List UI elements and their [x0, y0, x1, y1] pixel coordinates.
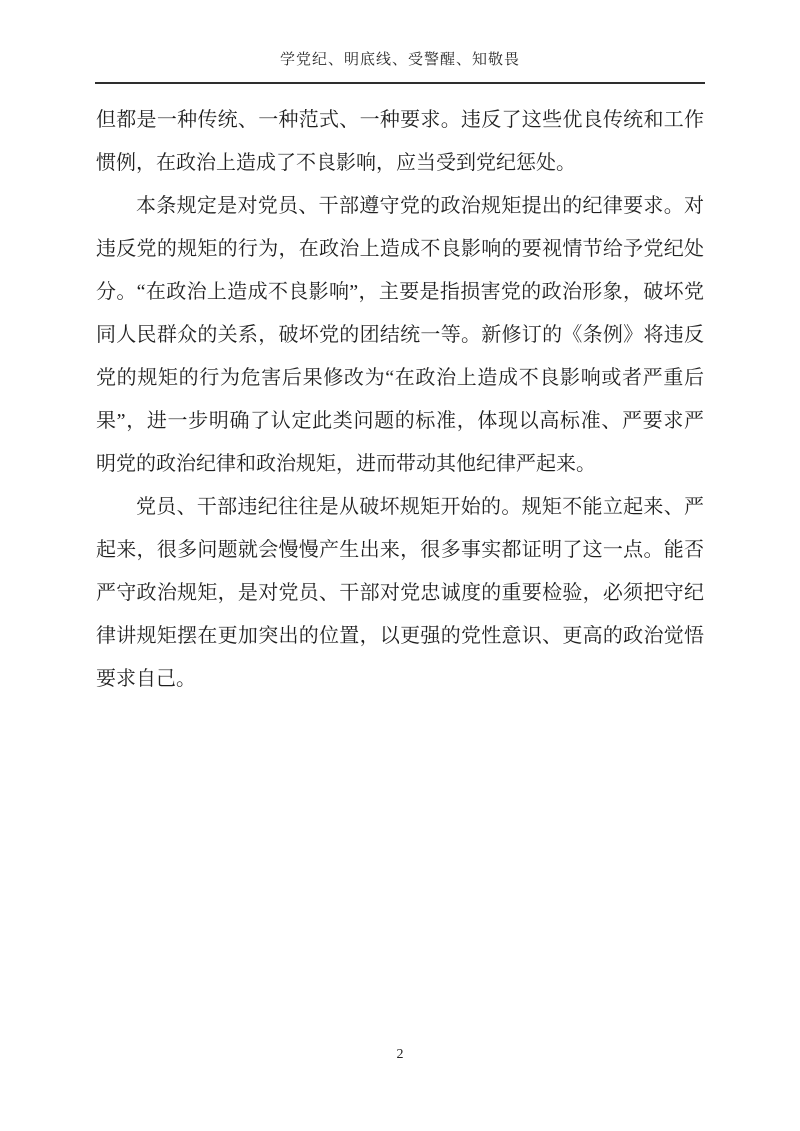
document-body: 但都是一种传统、一种范式、一种要求。违反了这些优良传统和工作惯例，在政治上造成了… [96, 99, 704, 701]
page-footer: 2 [0, 1045, 800, 1063]
header-divider [95, 82, 705, 84]
document-page: 学党纪、明底线、受警醒、知敬畏 但都是一种传统、一种范式、一种要求。违反了这些优… [0, 0, 800, 1131]
header-title: 学党纪、明底线、受警醒、知敬畏 [0, 48, 800, 69]
page-header: 学党纪、明底线、受警醒、知敬畏 [0, 0, 800, 84]
body-paragraph-1: 但都是一种传统、一种范式、一种要求。违反了这些优良传统和工作惯例，在政治上造成了… [96, 99, 704, 185]
body-paragraph-2: 本条规定是对党员、干部遵守党的政治规矩提出的纪律要求。对违反党的规矩的行为，在政… [96, 185, 704, 486]
body-paragraph-3: 党员、干部违纪往往是从破坏规矩开始的。规矩不能立起来、严起来，很多问题就会慢慢产… [96, 486, 704, 701]
page-number: 2 [397, 1047, 404, 1062]
